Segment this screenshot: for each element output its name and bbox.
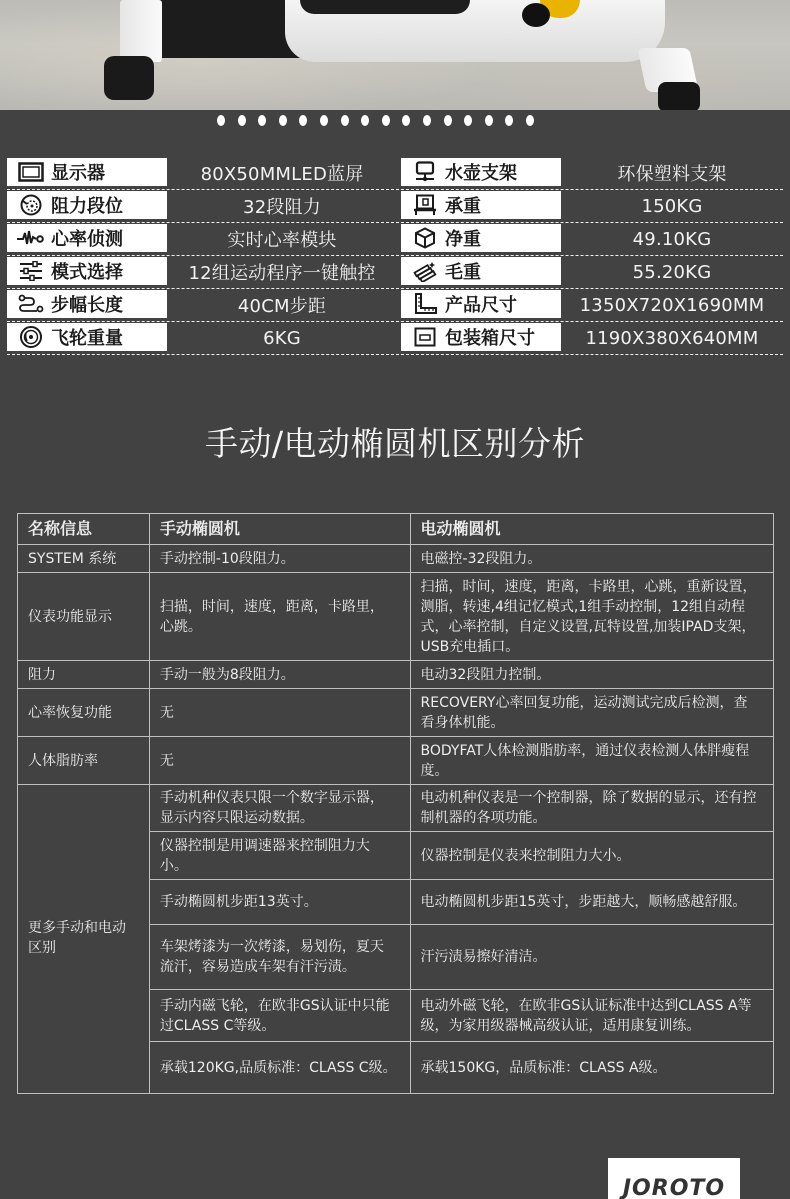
electric-cell: 电动机种仪表是一个控制器，除了数据的显示，还有控制机器的各项功能。	[410, 785, 773, 832]
column-header: 手动椭圆机	[149, 514, 410, 545]
spec-row: 心率侦测 实时心率模块 净重 49.10KG	[7, 224, 783, 257]
electric-cell: 电动椭圆机步距15英寸，步距越大，顺畅感越舒服。	[410, 880, 773, 925]
column-header: 名称信息	[18, 514, 150, 545]
spec-value: 32段阻力	[167, 191, 397, 221]
carousel-dot[interactable]	[505, 115, 513, 126]
manual-cell: 承载120KG,品质标准：CLASS C级。	[149, 1042, 410, 1094]
comparison-table: 名称信息 手动椭圆机 电动椭圆机 SYSTEM 系统 手动控制-10段阻力。 电…	[17, 513, 774, 1094]
table-row: 更多手动和电动区别 手动机种仪表只限一个数字显示器，显示内容只限运动数据。 电动…	[18, 785, 774, 832]
manual-cell: 车架烤漆为一次烤漆，易划伤，夏天流汗，容易造成车架有汗污渍。	[149, 925, 410, 990]
electric-cell: 电动32段阻力控制。	[410, 661, 773, 689]
spec-value: 1350X720X1690MM	[561, 290, 783, 320]
manual-cell: 仪器控制是用调速器来控制阻力大小。	[149, 832, 410, 880]
spec-label: 承重	[401, 191, 561, 219]
spec-value: 40CM步距	[167, 290, 397, 320]
stride-path-icon	[17, 293, 45, 315]
section-heading: 手动/电动椭圆机区别分析	[0, 418, 790, 465]
spec-row: 步幅长度 40CM步距 产品尺寸 1350X720X1690MM	[7, 290, 783, 323]
row-name: 心率恢复功能	[18, 689, 150, 737]
carousel-dot[interactable]	[361, 115, 369, 126]
divider	[7, 222, 783, 223]
carousel-dot[interactable]	[320, 115, 328, 126]
spec-label: 步幅长度	[7, 290, 167, 318]
spec-row: 显示器 80X50MMLED蓝屏 水壶支架 环保塑料支架	[7, 158, 783, 191]
electric-cell: 汗污渍易擦好清洁。	[410, 925, 773, 990]
trainer-left-stabilizer	[120, 0, 162, 62]
monitor-icon	[17, 161, 45, 183]
bottle-holder-icon	[411, 161, 439, 183]
divider	[7, 189, 783, 190]
spec-label: 显示器	[7, 158, 167, 186]
carousel-dot[interactable]	[279, 115, 287, 126]
trainer-right-foot	[658, 82, 700, 110]
carousel-dot[interactable]	[423, 115, 431, 126]
carousel-dot[interactable]	[238, 115, 246, 126]
spec-label: 净重	[401, 224, 561, 252]
ruler-icon	[411, 293, 439, 315]
manual-cell: 手动内磁飞轮，在欧非GS认证中只能过CLASS C等级。	[149, 990, 410, 1042]
electric-cell: 电磁控-32段阻力。	[410, 545, 773, 573]
spec-value: 1190X380X640MM	[561, 323, 783, 353]
table-row: SYSTEM 系统 手动控制-10段阻力。 电磁控-32段阻力。	[18, 545, 774, 573]
carousel-dot[interactable]	[299, 115, 307, 126]
spec-value: 49.10KG	[561, 224, 783, 254]
carousel-dots	[217, 115, 534, 126]
row-name: 更多手动和电动区别	[18, 785, 150, 1094]
spec-value: 55.20KG	[561, 257, 783, 287]
spec-row: 模式选择 12组运动程序一键触控 毛重 55.20KG	[7, 257, 783, 290]
row-name: 仪表功能显示	[18, 573, 150, 661]
electric-cell: RECOVERY心率回复功能，运动测试完成后检测，查看身体机能。	[410, 689, 773, 737]
spec-label: 毛重	[401, 257, 561, 285]
box-cube-icon	[411, 227, 439, 249]
carousel-dot[interactable]	[526, 115, 534, 126]
manual-cell: 手动一般为8段阻力。	[149, 661, 410, 689]
spec-value: 6KG	[167, 323, 397, 353]
table-row: 人体脂肪率 无 BODYFAT人体检测脂肪率，通过仪表检测人体胖瘦程度。	[18, 737, 774, 785]
row-name: 阻力	[18, 661, 150, 689]
package-icon	[411, 326, 439, 348]
manual-cell: 手动椭圆机步距13英寸。	[149, 880, 410, 925]
manual-cell: 无	[149, 689, 410, 737]
spec-label: 心率侦测	[7, 224, 167, 252]
spec-value: 12组运动程序一键触控	[167, 257, 397, 287]
electric-cell: 仪器控制是仪表来控制阻力大小。	[410, 832, 773, 880]
resistance-dial-icon	[17, 194, 45, 216]
carousel-dot[interactable]	[258, 115, 266, 126]
electric-cell: 承载150KG，品质标准：CLASS A级。	[410, 1042, 773, 1094]
spec-value: 80X50MMLED蓝屏	[167, 158, 397, 188]
divider	[7, 255, 783, 256]
spec-label: 包装箱尺寸	[401, 323, 561, 351]
spec-table: 显示器 80X50MMLED蓝屏 水壶支架 环保塑料支架 阻力段位 32段阻力 …	[7, 158, 783, 356]
spec-row: 阻力段位 32段阻力 承重 150KG	[7, 191, 783, 224]
divider	[7, 321, 783, 322]
electric-cell: 扫描，时间，速度，距离，卡路里，心跳，重新设置，测脂，转速,4组记忆模式,1组手…	[410, 573, 773, 661]
carousel-dot[interactable]	[444, 115, 452, 126]
gross-weight-icon	[411, 260, 439, 282]
table-row: 阻力 手动一般为8段阻力。 电动32段阻力控制。	[18, 661, 774, 689]
brand-logo: JOROTO	[608, 1158, 740, 1199]
spec-label: 水壶支架	[401, 158, 561, 186]
table-header-row: 名称信息 手动椭圆机 电动椭圆机	[18, 514, 774, 545]
spec-label: 阻力段位	[7, 191, 167, 219]
row-name: 人体脂肪率	[18, 737, 150, 785]
spec-value: 150KG	[561, 191, 783, 221]
carousel-dot[interactable]	[402, 115, 410, 126]
spec-label: 飞轮重量	[7, 323, 167, 351]
table-row: 仪表功能显示 扫描，时间，速度，距离，卡路里，心跳。 扫描，时间，速度，距离，卡…	[18, 573, 774, 661]
divider	[7, 288, 783, 289]
row-name: SYSTEM 系统	[18, 545, 150, 573]
divider	[7, 354, 783, 355]
spec-row: 飞轮重量 6KG 包装箱尺寸 1190X380X640MM	[7, 323, 783, 356]
manual-cell: 手动控制-10段阻力。	[149, 545, 410, 573]
manual-cell: 手动机种仪表只限一个数字显示器，显示内容只限运动数据。	[149, 785, 410, 832]
electric-cell: BODYFAT人体检测脂肪率，通过仪表检测人体胖瘦程度。	[410, 737, 773, 785]
sliders-icon	[17, 260, 45, 282]
trainer-shroud	[300, 0, 470, 14]
manual-cell: 无	[149, 737, 410, 785]
carousel-dot[interactable]	[341, 115, 349, 126]
carousel-dot[interactable]	[382, 115, 390, 126]
product-photo	[0, 0, 790, 110]
manual-cell: 扫描，时间，速度，距离，卡路里，心跳。	[149, 573, 410, 661]
column-header: 电动椭圆机	[410, 514, 773, 545]
heartbeat-icon	[17, 227, 45, 249]
spec-label: 模式选择	[7, 257, 167, 285]
load-bearing-icon	[411, 194, 439, 216]
carousel-dot[interactable]	[217, 115, 225, 126]
spec-value: 实时心率模块	[167, 224, 397, 254]
trainer-pivot	[522, 3, 550, 27]
carousel-dot[interactable]	[485, 115, 493, 126]
carousel-dot[interactable]	[464, 115, 472, 126]
spec-label: 产品尺寸	[401, 290, 561, 318]
electric-cell: 电动外磁飞轮，在欧非GS认证标准中达到CLASS A等级，为家用级器械高级认证，…	[410, 990, 773, 1042]
spec-value: 环保塑料支架	[561, 158, 783, 188]
table-row: 心率恢复功能 无 RECOVERY心率回复功能，运动测试完成后检测，查看身体机能…	[18, 689, 774, 737]
trainer-left-foot	[104, 56, 154, 100]
flywheel-icon	[17, 326, 45, 348]
